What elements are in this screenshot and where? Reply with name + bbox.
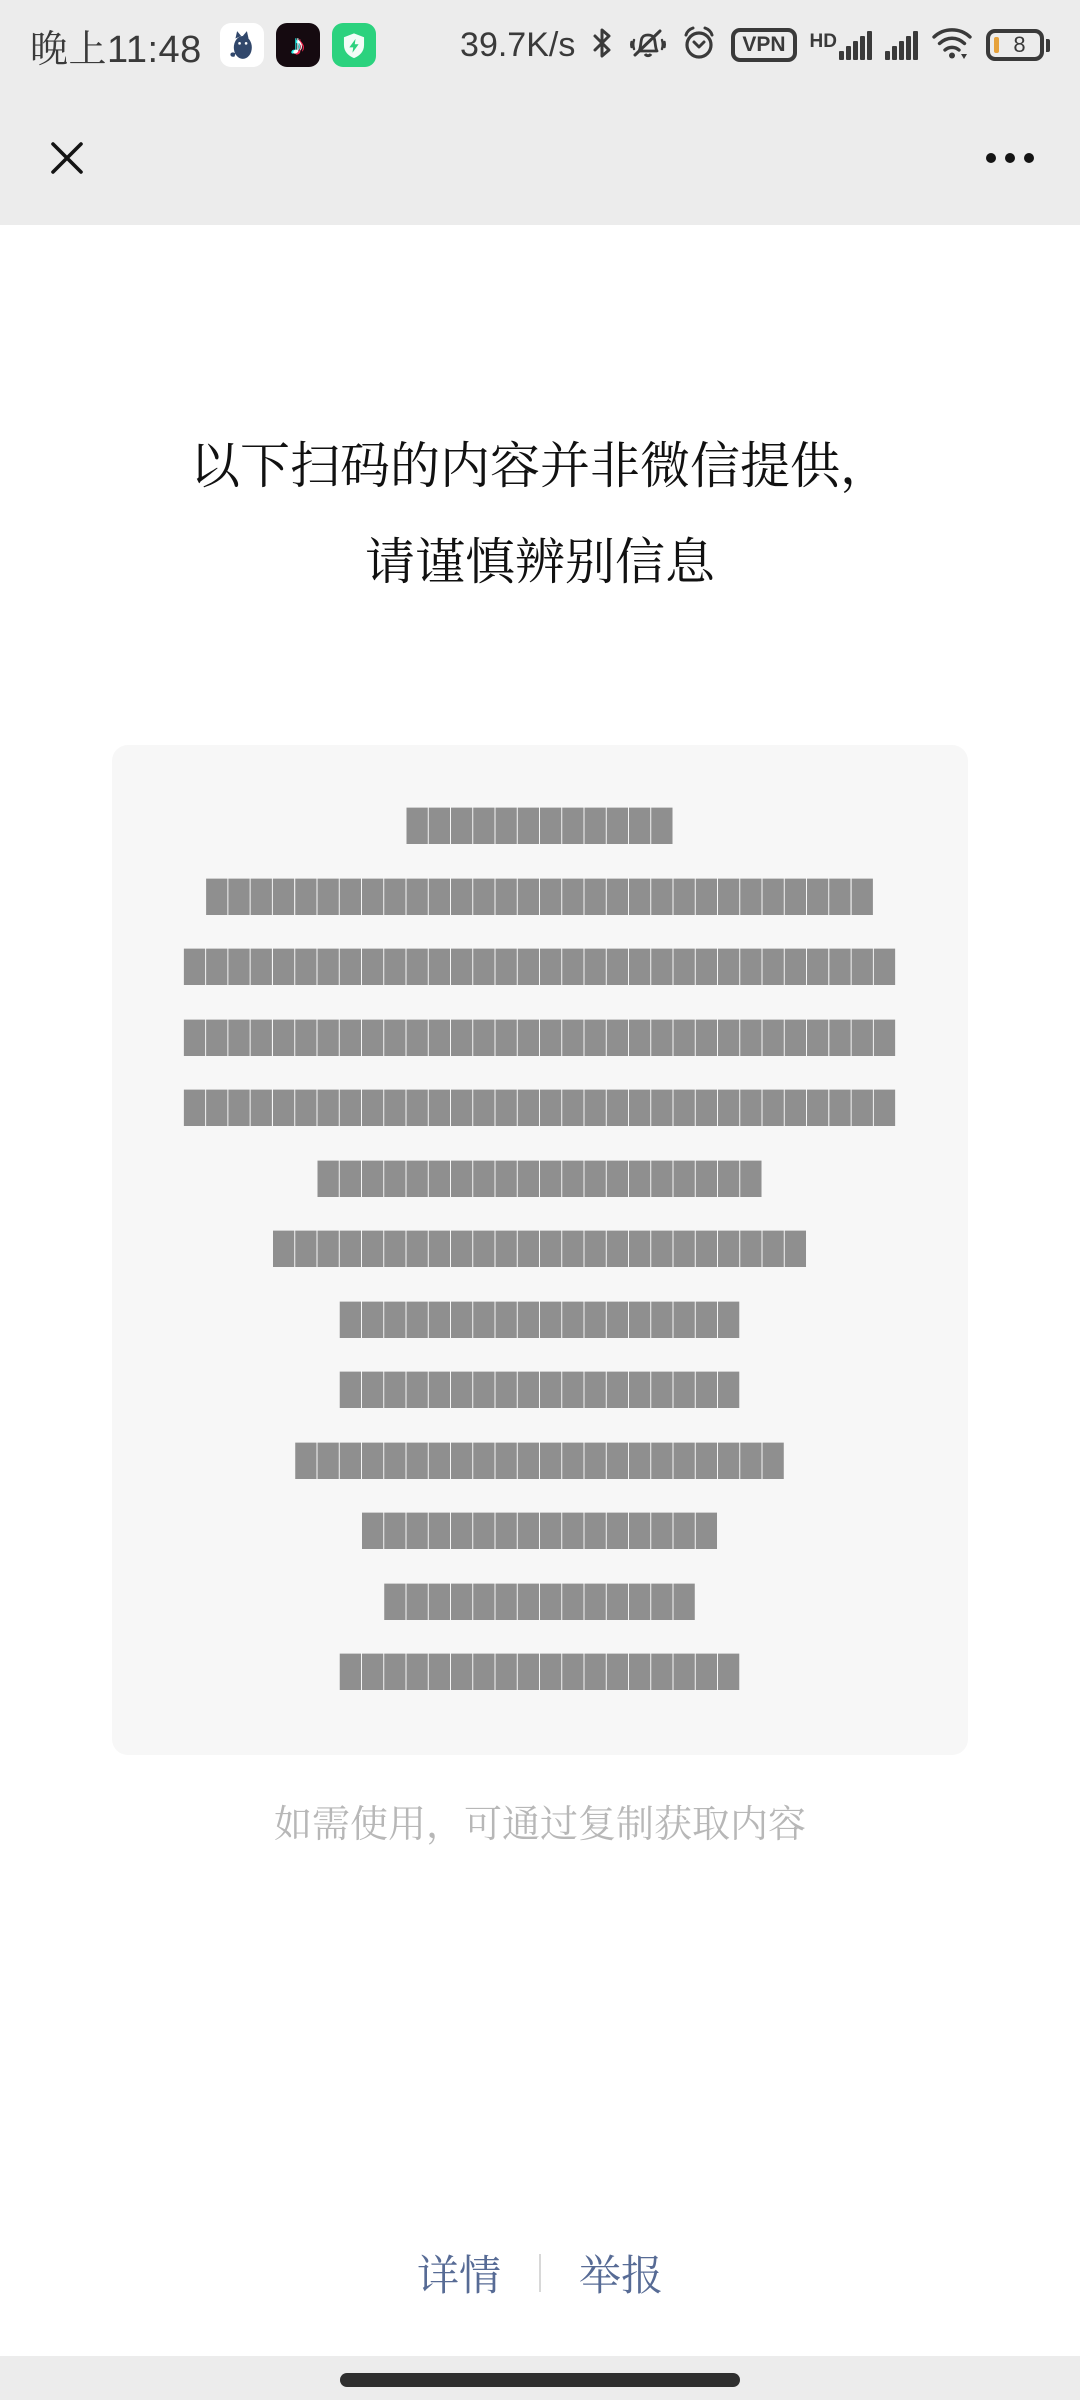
more-options-button[interactable] xyxy=(984,143,1036,173)
tiktok-app-icon: ♪ xyxy=(276,23,320,67)
home-indicator-handle[interactable] xyxy=(340,2373,740,2387)
cat-app-icon xyxy=(220,23,264,67)
footer-links: 详情 举报 xyxy=(0,2243,1080,2303)
scan-warning-text: 以下扫码的内容并非微信提供， 请谨慎辨别信息 xyxy=(0,418,1080,610)
redacted-line: ██████████████████ xyxy=(142,1355,938,1426)
navigation-strip xyxy=(0,2356,1080,2400)
redacted-line: ████████████ xyxy=(142,791,938,862)
redacted-line: ████████████████ xyxy=(142,1496,938,1567)
status-bar: 晚上11:48 ♪ 39.7K/s xyxy=(0,0,1080,90)
network-speed-text: 39.7K/s xyxy=(460,26,575,65)
redacted-line: ██████████████████████████████ xyxy=(142,862,938,933)
cell-signal-1-bars-icon xyxy=(839,31,872,60)
mute-vibrate-icon xyxy=(627,26,667,65)
close-button[interactable] xyxy=(44,135,90,181)
redacted-line: ████████████████████████████████ xyxy=(142,932,938,1003)
cell-signal-1-hd: HD xyxy=(810,31,872,60)
battery-icon: 8 xyxy=(986,29,1050,61)
battery-level-text: 8 xyxy=(999,32,1040,58)
report-link[interactable]: 举报 xyxy=(579,2243,663,2303)
redacted-line: ████████████████████ xyxy=(142,1144,938,1215)
alarm-clock-icon xyxy=(680,24,718,67)
status-bar-right: 39.7K/s VPN HD xyxy=(460,24,1050,67)
redacted-line: ██████████████████████ xyxy=(142,1426,938,1497)
hd-label: HD xyxy=(810,31,837,53)
close-icon xyxy=(46,137,88,179)
more-dots-icon xyxy=(986,153,996,163)
redacted-line: ██████████████████ xyxy=(142,1285,938,1356)
clock-text: 晚上11:48 xyxy=(30,18,202,73)
scan-warning-line1: 以下扫码的内容并非微信提供， xyxy=(0,418,1080,514)
scanned-content-card: ████████████ ███████████████████████████… xyxy=(112,745,968,1755)
scan-warning-line2: 请谨慎辨别信息 xyxy=(0,514,1080,610)
wifi-icon xyxy=(931,25,973,66)
redacted-line: ████████████████████████████████ xyxy=(142,1003,938,1074)
footer-divider xyxy=(539,2254,541,2292)
redacted-line: ██████████████ xyxy=(142,1567,938,1638)
bluetooth-icon xyxy=(590,26,614,65)
security-shield-app-icon xyxy=(332,23,376,67)
vpn-badge: VPN xyxy=(731,28,796,61)
status-bar-left: 晚上11:48 ♪ xyxy=(30,18,376,73)
cell-signal-2-bars-icon xyxy=(885,31,918,60)
details-link[interactable]: 详情 xyxy=(417,2243,501,2303)
webview-header xyxy=(0,90,1080,225)
redacted-line: ████████████████████████████████ xyxy=(142,1073,938,1144)
copy-hint-text: 如需使用，可通过复制获取内容 xyxy=(0,1793,1080,1848)
redacted-line: ████████████████████████ xyxy=(142,1214,938,1285)
redacted-line: ██████████████████ xyxy=(142,1637,938,1708)
